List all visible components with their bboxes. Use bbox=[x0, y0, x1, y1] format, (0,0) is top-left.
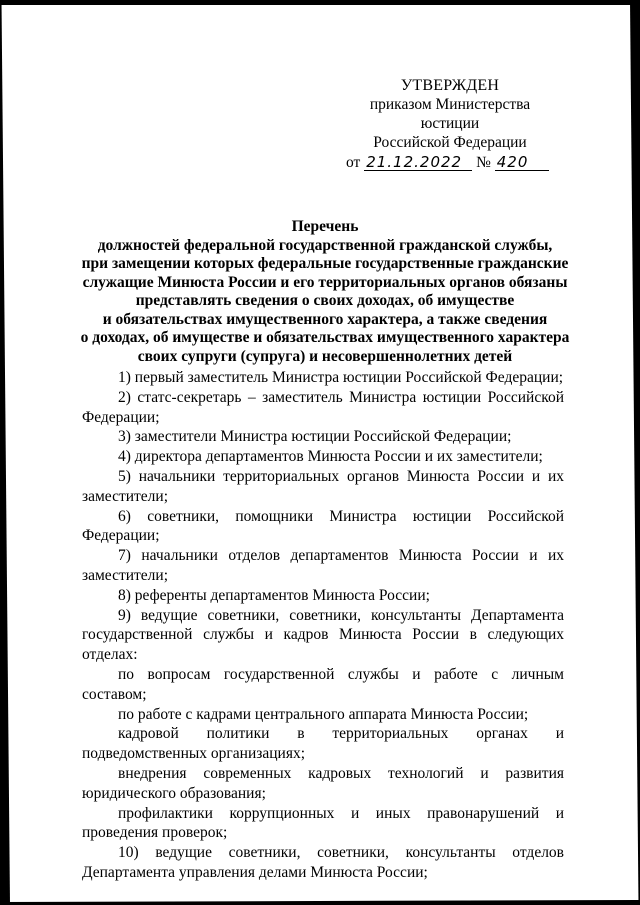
heading-line: должностей федеральной государственной г… bbox=[70, 237, 580, 256]
document-page: УТВЕРЖДЕН приказом Министерства юстиции … bbox=[0, 0, 640, 905]
heading-title: Перечень bbox=[70, 218, 580, 237]
handwritten-date: 21.12.2022 bbox=[364, 155, 472, 171]
list-item: 5) начальники территориальных органов Ми… bbox=[82, 467, 564, 507]
list-item: 1) первый заместитель Министра юстиции Р… bbox=[82, 368, 564, 388]
heading-line: о доходах, об имуществе и обязательствах… bbox=[70, 329, 580, 348]
list-item: 9) ведущие советники, советники, консуль… bbox=[82, 606, 564, 665]
approval-line-2: Российской Федерации bbox=[340, 133, 560, 152]
list-subitem: внедрения современных кадровых технологи… bbox=[82, 764, 564, 804]
list-subitem: по вопросам государственной службы и раб… bbox=[82, 665, 564, 705]
heading-line: представлять сведения о своих доходах, о… bbox=[70, 292, 580, 311]
date-prefix: от bbox=[346, 154, 360, 171]
document-heading: Перечень должностей федеральной государс… bbox=[70, 218, 580, 366]
handwritten-order-number: 420 bbox=[495, 155, 549, 171]
list-item: 3) заместители Министра юстиции Российск… bbox=[82, 427, 564, 447]
list-item: 10) ведущие советники, советники, консул… bbox=[82, 843, 564, 883]
approval-date-line: от 21.12.2022 № 420 bbox=[340, 153, 560, 172]
approval-title: УТВЕРЖДЕН bbox=[340, 76, 560, 95]
number-sign: № bbox=[476, 154, 491, 171]
list-subitem: кадровой политики в территориальных орга… bbox=[82, 724, 564, 764]
heading-line: служащие Минюста России и его территориа… bbox=[70, 274, 580, 293]
heading-line: при замещении которых федеральные госуда… bbox=[70, 255, 580, 274]
list-item: 2) статс-секретарь – заместитель Министр… bbox=[82, 388, 564, 428]
heading-line: своих супруги (супруга) и несовершенноле… bbox=[70, 348, 580, 367]
positions-list: 1) первый заместитель Министра юстиции Р… bbox=[82, 368, 564, 883]
list-subitem: по работе с кадрами центрального аппарат… bbox=[82, 705, 564, 725]
approval-stamp: УТВЕРЖДЕН приказом Министерства юстиции … bbox=[340, 76, 560, 172]
list-item: 6) советники, помощники Министра юстиции… bbox=[82, 507, 564, 547]
approval-line-1: приказом Министерства юстиции bbox=[340, 95, 560, 133]
heading-line: и обязательствах имущественного характер… bbox=[70, 311, 580, 330]
list-subitem: профилактики коррупционных и иных правон… bbox=[82, 804, 564, 844]
list-item: 8) референты департаментов Минюста Росси… bbox=[82, 586, 564, 606]
list-item: 4) директора департаментов Минюста Росси… bbox=[82, 447, 564, 467]
list-item: 7) начальники отделов департаментов Миню… bbox=[82, 546, 564, 586]
